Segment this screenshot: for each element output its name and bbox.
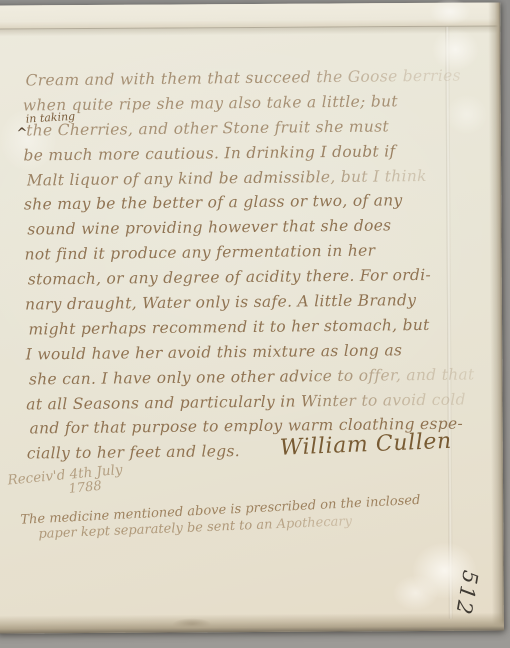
letter-body: Cream and with them that succeed the Goo… [22,63,478,466]
manuscript-scan: Cream and with them that succeed the Goo… [0,0,510,648]
top-fold-sliver [0,2,500,29]
received-docket: Receiv'd 4th July 1788 [7,462,125,503]
paper-bottom-edge [0,612,504,633]
caret-mark: ^ [16,126,28,142]
seal-residue-blotch [393,575,439,611]
paper-right-edge [488,2,504,630]
letter-page: Cream and with them that succeed the Goo… [0,2,504,633]
